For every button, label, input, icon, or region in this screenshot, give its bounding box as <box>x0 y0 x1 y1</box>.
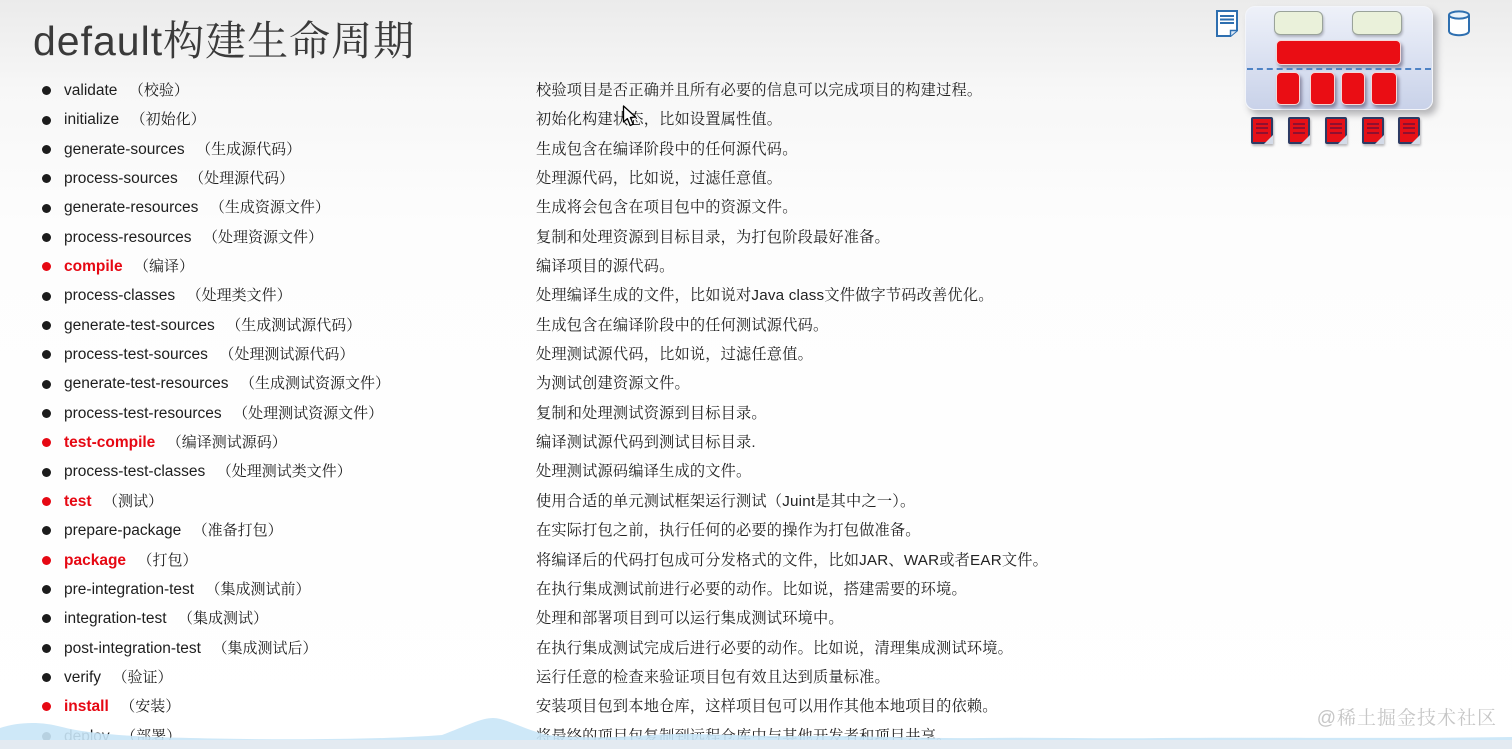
phase-name-zh: （处理资源文件） <box>203 229 323 246</box>
dashed-divider <box>1247 68 1431 70</box>
bullet-icon <box>42 497 51 506</box>
bullet-icon <box>42 468 51 477</box>
phase-name: initialize <box>64 111 119 128</box>
red-box-icon <box>1310 72 1335 105</box>
phase-description: 处理和部署项目到可以运行集成测试环境中。 <box>536 604 844 633</box>
phase-description: 处理测试源码编译生成的文件。 <box>536 457 751 486</box>
phase-name: process-test-classes <box>64 463 205 480</box>
red-box-icon <box>1341 72 1365 105</box>
lifecycle-row: generate-test-sources （生成测试源代码） 生成包含在编译阶… <box>40 311 1500 340</box>
lifecycle-row: process-resources （处理资源文件） 复制和处理资源到目标目录，… <box>40 223 1500 252</box>
red-document-icon <box>1251 117 1273 144</box>
phase-name: prepare-package <box>64 522 181 539</box>
phase-description: 编译测试源代码到测试目标目录. <box>536 428 756 457</box>
phase-name: test-compile <box>64 434 155 451</box>
phase-description: 校验项目是否正确并且所有必要的信息可以完成项目的构建过程。 <box>536 76 982 105</box>
phase-name-zh: （处理测试源代码） <box>219 346 354 363</box>
phase-description: 处理测试源代码，比如说，过滤任意值。 <box>536 340 813 369</box>
database-icon <box>1447 10 1471 42</box>
phase-name-zh: （准备打包） <box>193 522 283 539</box>
phase-name-zh: （编译测试源码） <box>167 434 287 451</box>
red-document-icon <box>1362 117 1384 144</box>
bullet-icon <box>42 526 51 535</box>
bullet-icon <box>42 702 51 711</box>
phase-description: 将编译后的代码打包成可分发格式的文件，比如JAR、WAR或者EAR文件。 <box>536 546 1048 575</box>
phase-name-zh: （校验） <box>129 82 189 99</box>
phase-description: 复制和处理资源到目标目录，为打包阶段最好准备。 <box>536 223 890 252</box>
phase-description: 使用合适的单元测试框架运行测试（Juint是其中之一）。 <box>536 487 915 516</box>
phase-name-zh: （集成测试） <box>178 610 268 627</box>
bullet-icon <box>42 409 51 418</box>
phase-description: 处理源代码，比如说，过滤任意值。 <box>536 164 782 193</box>
bullet-icon <box>42 116 51 125</box>
document-icon <box>1216 10 1238 42</box>
phase-name-zh: （验证） <box>113 669 173 686</box>
bullet-icon <box>42 614 51 623</box>
phase-name: validate <box>64 82 117 99</box>
lifecycle-row: process-test-classes （处理测试类文件） 处理测试源码编译生… <box>40 457 1500 486</box>
phase-name-zh: （集成测试后） <box>212 640 317 657</box>
page-title: default构建生命周期 <box>33 8 415 67</box>
bullet-icon <box>42 292 51 301</box>
lifecycle-row: verify （验证） 运行任意的检查来验证项目包有效且达到质量标准。 <box>40 663 1500 692</box>
lifecycle-row: compile （编译） 编译项目的源代码。 <box>40 252 1500 281</box>
phase-name-zh: （测试） <box>103 493 163 510</box>
bullet-icon <box>42 262 51 271</box>
phase-name: test <box>64 493 92 510</box>
phase-description: 生成将会包含在项目包中的资源文件。 <box>536 193 798 222</box>
red-box-icon <box>1276 72 1300 105</box>
phase-description: 在执行集成测试完成后进行必要的动作。比如说，清理集成测试环境。 <box>536 634 1013 663</box>
red-bar-icon <box>1276 40 1401 65</box>
lifecycle-row: generate-resources （生成资源文件） 生成将会包含在项目包中的… <box>40 193 1500 222</box>
lifecycle-row: process-classes （处理类文件） 处理编译生成的文件，比如说对Ja… <box>40 281 1500 310</box>
phase-description: 为测试创建资源文件。 <box>536 369 690 398</box>
lifecycle-list: validate （校验） 校验项目是否正确并且所有必要的信息可以完成项目的构建… <box>40 76 1500 749</box>
bullet-icon <box>42 145 51 154</box>
green-box-icon <box>1352 11 1402 35</box>
bullet-icon <box>42 585 51 594</box>
phase-name-zh: （编译） <box>134 258 194 275</box>
bullet-icon <box>42 438 51 447</box>
phase-description: 生成包含在编译阶段中的任何测试源代码。 <box>536 311 828 340</box>
lifecycle-row: process-test-resources （处理测试资源文件） 复制和处理测… <box>40 399 1500 428</box>
phase-description: 初始化构建状态，比如设置属性值。 <box>536 105 782 134</box>
lifecycle-row: post-integration-test （集成测试后） 在执行集成测试完成后… <box>40 634 1500 663</box>
lifecycle-row: package （打包） 将编译后的代码打包成可分发格式的文件，比如JAR、WA… <box>40 546 1500 575</box>
phase-description: 运行任意的检查来验证项目包有效且达到质量标准。 <box>536 663 890 692</box>
phase-name: generate-resources <box>64 199 198 216</box>
phase-description: 在执行集成测试前进行必要的动作。比如说，搭建需要的环境。 <box>536 575 967 604</box>
bullet-icon <box>42 204 51 213</box>
phase-name-zh: （生成源代码） <box>196 141 301 158</box>
phase-name: package <box>64 552 126 569</box>
bullet-icon <box>42 174 51 183</box>
slide: default构建生命周期 validate （校验） 校验项目是否正确并且所有… <box>0 0 1512 749</box>
phase-name: generate-sources <box>64 141 185 158</box>
green-box-icon <box>1274 11 1323 35</box>
bullet-icon <box>42 644 51 653</box>
mouse-cursor <box>622 105 639 133</box>
phase-name: integration-test <box>64 610 167 627</box>
red-document-icon <box>1325 117 1347 144</box>
red-box-icon <box>1371 72 1397 105</box>
lifecycle-row: test-compile （编译测试源码） 编译测试源代码到测试目标目录. <box>40 428 1500 457</box>
phase-name: post-integration-test <box>64 640 201 657</box>
watermark: @稀土掘金技术社区 <box>1317 703 1497 730</box>
bullet-icon <box>42 350 51 359</box>
lifecycle-row: pre-integration-test （集成测试前） 在执行集成测试前进行必… <box>40 575 1500 604</box>
lifecycle-row: integration-test （集成测试） 处理和部署项目到可以运行集成测试… <box>40 604 1500 633</box>
phase-name-zh: （处理测试资源文件） <box>233 405 383 422</box>
bullet-icon <box>42 86 51 95</box>
phase-name: pre-integration-test <box>64 581 194 598</box>
phase-name-zh: （生成测试源代码） <box>226 317 361 334</box>
phase-name-zh: （处理类文件） <box>187 287 292 304</box>
phase-name: verify <box>64 669 101 686</box>
phase-name-zh: （处理测试类文件） <box>217 463 352 480</box>
bullet-icon <box>42 233 51 242</box>
phase-name-zh: （处理源代码） <box>189 170 294 187</box>
phase-name: process-sources <box>64 170 178 187</box>
phase-description: 复制和处理测试资源到目标目录。 <box>536 399 767 428</box>
phase-name: process-classes <box>64 287 175 304</box>
lifecycle-row: process-sources （处理源代码） 处理源代码，比如说，过滤任意值。 <box>40 164 1500 193</box>
red-document-icon <box>1288 117 1310 144</box>
lifecycle-row: prepare-package （准备打包） 在实际打包之前，执行任何的必要的操… <box>40 516 1500 545</box>
phase-description: 编译项目的源代码。 <box>536 252 675 281</box>
phase-description: 处理编译生成的文件，比如说对Java class文件做字节码改善优化。 <box>536 281 994 310</box>
bottom-bar <box>0 740 1512 749</box>
waveform-decoration <box>0 713 1512 741</box>
lifecycle-row: test （测试） 使用合适的单元测试框架运行测试（Juint是其中之一）。 <box>40 487 1500 516</box>
phase-name: generate-test-sources <box>64 317 215 334</box>
phase-name-zh: （初始化） <box>131 111 206 128</box>
phase-description: 生成包含在编译阶段中的任何源代码。 <box>536 135 798 164</box>
lifecycle-row: process-test-sources （处理测试源代码） 处理测试源代码，比… <box>40 340 1500 369</box>
phase-name: process-test-sources <box>64 346 208 363</box>
red-document-icon <box>1398 117 1420 144</box>
phase-description: 在实际打包之前，执行任何的必要的操作为打包做准备。 <box>536 516 921 545</box>
phase-name-zh: （生成资源文件） <box>210 199 330 216</box>
bullet-icon <box>42 556 51 565</box>
phase-name: generate-test-resources <box>64 375 229 392</box>
bullet-icon <box>42 380 51 389</box>
phase-name: compile <box>64 258 123 275</box>
phase-name: process-test-resources <box>64 405 222 422</box>
lifecycle-row: generate-test-resources （生成测试资源文件） 为测试创建… <box>40 369 1500 398</box>
bullet-icon <box>42 673 51 682</box>
lifecycle-row: generate-sources （生成源代码） 生成包含在编译阶段中的任何源代… <box>40 135 1500 164</box>
phase-name-zh: （集成测试前） <box>206 581 311 598</box>
bullet-icon <box>42 321 51 330</box>
phase-name-zh: （打包） <box>138 552 198 569</box>
phase-name-zh: （生成测试资源文件） <box>240 375 390 392</box>
phase-name: process-resources <box>64 229 192 246</box>
